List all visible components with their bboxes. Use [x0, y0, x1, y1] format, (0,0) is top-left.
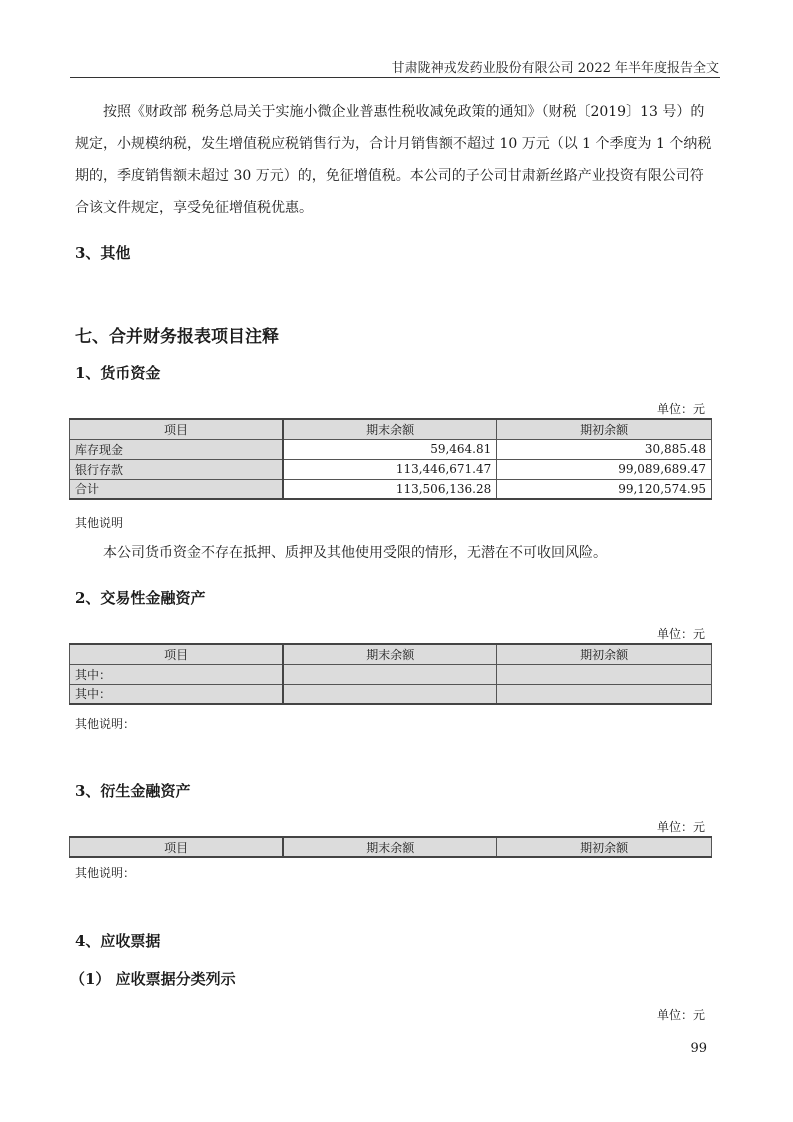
intro-line: 合该文件规定，享受免征增值税优惠。: [75, 192, 720, 224]
notes-receivable-title: 4、应收票据: [75, 930, 160, 951]
row-end-balance: [283, 664, 497, 684]
section-other-title: 3、其他: [75, 242, 130, 263]
derivative-note-label: 其他说明：: [75, 864, 135, 881]
trading-table: 项目 期末余额 期初余额 其中： 其中：: [69, 643, 712, 705]
col-header-item: 项目: [70, 419, 284, 439]
row-begin-balance: [497, 684, 712, 704]
table-header-row: 项目 期末余额 期初余额: [70, 419, 712, 439]
derivative-table: 项目 期末余额 期初余额: [69, 836, 712, 858]
row-item: 其中：: [70, 664, 284, 684]
trading-section-title: 2、交易性金融资产: [75, 587, 205, 608]
row-end-balance: 59,464.81: [283, 439, 497, 459]
table-header-row: 项目 期末余额 期初余额: [70, 837, 712, 857]
row-begin-balance: 99,120,574.95: [497, 479, 712, 499]
row-end-balance: [283, 684, 497, 704]
table-row: 其中：: [70, 684, 712, 704]
col-header-end-balance: 期末余额: [283, 644, 497, 664]
trading-note-label: 其他说明：: [75, 715, 135, 732]
col-header-item: 项目: [70, 837, 284, 857]
chapter-title: 七、合并财务报表项目注释: [75, 322, 279, 347]
notes-receivable-subtitle: （1） 应收票据分类列示: [70, 968, 236, 989]
notes-receivable-unit-label: 单位：元: [657, 1006, 705, 1023]
row-item: 合计: [70, 479, 284, 499]
col-header-begin-balance: 期初余额: [497, 419, 712, 439]
table-row-total: 合计 113,506,136.28 99,120,574.95: [70, 479, 712, 499]
table-row: 其中：: [70, 664, 712, 684]
row-end-balance: 113,506,136.28: [283, 479, 497, 499]
cash-table: 项目 期末余额 期初余额 库存现金 59,464.81 30,885.48 银行…: [69, 418, 712, 500]
cash-unit-label: 单位：元: [657, 400, 705, 417]
page-header-title: 甘肃陇神戎发药业股份有限公司 2022 年半年度报告全文: [0, 57, 719, 76]
cash-note-text: 本公司货币资金不存在抵押、质押及其他使用受限的情形，无潜在不可收回风险。: [103, 542, 607, 562]
col-header-item: 项目: [70, 644, 284, 664]
row-begin-balance: 30,885.48: [497, 439, 712, 459]
col-header-begin-balance: 期初余额: [497, 837, 712, 857]
trading-unit-label: 单位：元: [657, 625, 705, 642]
row-begin-balance: 99,089,689.47: [497, 459, 712, 479]
table-header-row: 项目 期末余额 期初余额: [70, 644, 712, 664]
intro-line: 按照《财政部 税务总局关于实施小微企业普惠性税收减免政策的通知》（财税〔2019…: [75, 96, 720, 128]
col-header-end-balance: 期末余额: [283, 837, 497, 857]
table-row: 银行存款 113,446,671.47 99,089,689.47: [70, 459, 712, 479]
row-end-balance: 113,446,671.47: [283, 459, 497, 479]
derivative-section-title: 3、衍生金融资产: [75, 780, 190, 801]
cash-note-label: 其他说明: [75, 514, 123, 531]
table-row: 库存现金 59,464.81 30,885.48: [70, 439, 712, 459]
header-divider: [70, 77, 720, 78]
row-item: 库存现金: [70, 439, 284, 459]
intro-line: 规定，小规模纳税，发生增值税应税销售行为，合计月销售额不超过 10 万元（以 1…: [75, 128, 720, 160]
col-header-end-balance: 期末余额: [283, 419, 497, 439]
page-number: 99: [690, 1041, 707, 1056]
intro-paragraph: 按照《财政部 税务总局关于实施小微企业普惠性税收减免政策的通知》（财税〔2019…: [75, 96, 720, 224]
derivative-unit-label: 单位：元: [657, 818, 705, 835]
cash-section-title: 1、货币资金: [75, 362, 160, 383]
col-header-begin-balance: 期初余额: [497, 644, 712, 664]
row-begin-balance: [497, 664, 712, 684]
row-item: 银行存款: [70, 459, 284, 479]
intro-line: 期的，季度销售额未超过 30 万元）的，免征增值税。本公司的子公司甘肃新丝路产业…: [75, 160, 720, 192]
row-item: 其中：: [70, 684, 284, 704]
